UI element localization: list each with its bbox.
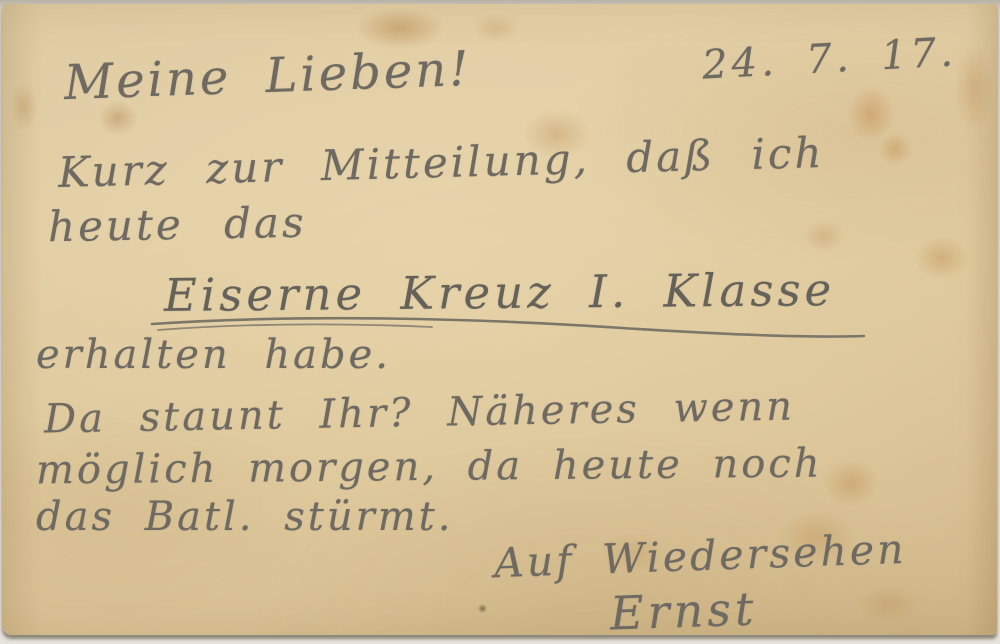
paper-stain <box>472 12 520 44</box>
paper-stain <box>847 86 895 142</box>
body-line-1: Kurz zur Mitteilung, daß ich <box>57 128 825 197</box>
body-line-6: das Batl. stürmt. <box>36 494 453 540</box>
paper-stain <box>478 604 487 613</box>
body-line-2: heute das <box>48 198 307 252</box>
paper-stain <box>954 44 994 134</box>
date: 24. 7. 17. <box>701 29 958 88</box>
paper-stain <box>802 219 846 253</box>
paper-stain <box>822 459 880 507</box>
signature: Ernst <box>609 581 758 640</box>
paper-stain <box>914 236 970 280</box>
body-line-4: Da staunt Ihr? Näheres wenn <box>44 383 796 442</box>
body-line-5: möglich morgen, da heute noch <box>36 441 823 494</box>
paper-stain <box>10 82 38 132</box>
photo-background: 24. 7. 17. Meine Lieben! Kurz zur Mittei… <box>0 0 1000 644</box>
closing-line: Auf Wiedersehen <box>493 525 907 587</box>
paper-stain <box>857 584 921 624</box>
greeting-line: Meine Lieben! <box>63 41 472 111</box>
postcard: 24. 7. 17. Meine Lieben! Kurz zur Mittei… <box>2 4 997 635</box>
award-line: Eiserne Kreuz I. Klasse <box>164 263 836 322</box>
body-line-3: erhalten habe. <box>36 332 391 378</box>
paper-stain <box>878 132 912 166</box>
